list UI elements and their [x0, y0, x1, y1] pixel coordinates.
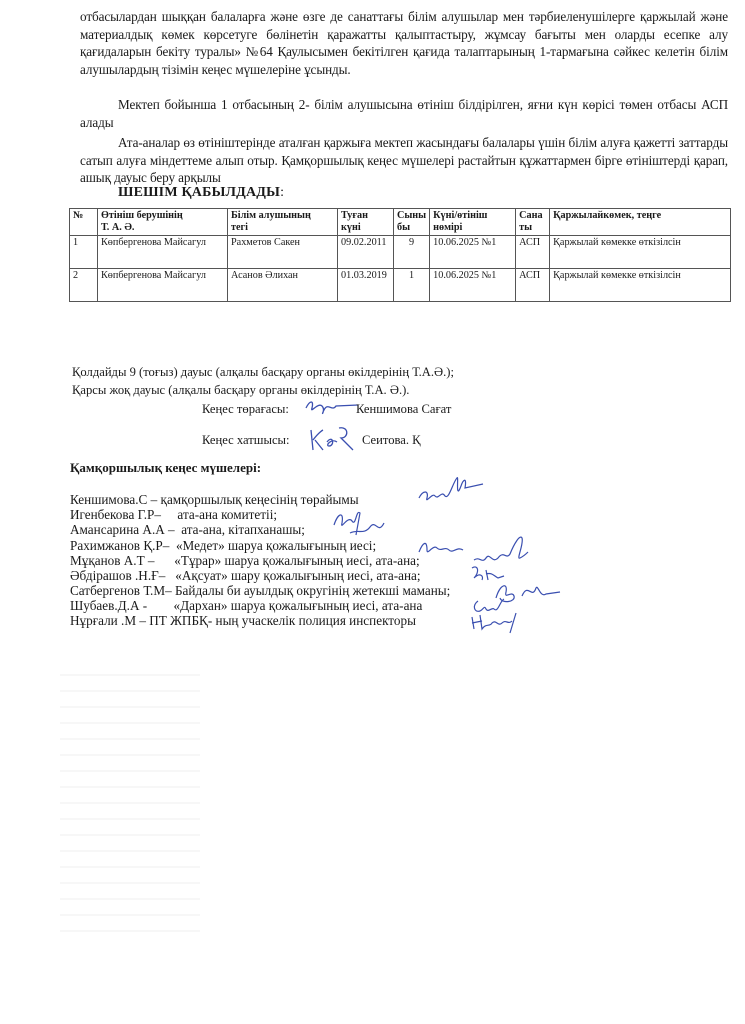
table-row: 1 Көпбергенова Майсагул Рахметов Сакен 0… [70, 236, 731, 269]
cell-category: АСП [516, 236, 550, 269]
header-number: № [70, 209, 98, 236]
member-item: Кеншимова.С – қамқоршылық кеңесінің төра… [70, 492, 359, 507]
cell-number: 1 [70, 236, 98, 269]
cell-applicant: Көпбергенова Майсагул [98, 236, 228, 269]
secretary-name: Сеитова. Қ [362, 433, 421, 448]
scan-bleed-through [60, 660, 200, 940]
decision-heading: ШЕШІМ ҚАБЫЛДАДЫ: [118, 185, 284, 201]
secretary-label: Кеңес хатшысы: [202, 433, 290, 448]
decision-heading-text: ШЕШІМ ҚАБЫЛДАДЫ [118, 185, 280, 200]
header-grade: Сыныбы [394, 209, 430, 236]
intro-paragraph: отбасылардан шыққан балаларға және өзге … [80, 8, 728, 78]
cell-student: Асанов Әлихан [228, 269, 338, 302]
chair-signature-icon [300, 396, 360, 422]
members-title: Қамқоршылық кеңес мүшелері: [70, 460, 261, 476]
member-item: Сатбергенов Т.М– Байдалы би ауылдық окру… [70, 583, 450, 598]
decision-table: № Өтініш берушініңТ. А. Ә. Білім алушыны… [69, 208, 731, 302]
school-paragraph: Мектеп бойынша 1 отбасының 2- білім алуш… [80, 96, 728, 131]
cell-application: 10.06.2025 №1 [430, 269, 516, 302]
header-aid: Қаржылайкөмек, теңге [550, 209, 731, 236]
member-item: Әбдірашов .Н.Ғ– «Ақсуат» шару қожалығыны… [70, 568, 421, 583]
cell-category: АСП [516, 269, 550, 302]
member-signature-icon [468, 609, 528, 635]
member-signature-icon [415, 472, 485, 508]
cell-aid: Қаржылай көмекке өткізілсін [550, 236, 731, 269]
parents-paragraph: Ата-аналар өз өтініштерінде аталған қарж… [80, 134, 728, 187]
header-category: Санаты [516, 209, 550, 236]
member-signature-icon [330, 505, 390, 539]
table-row: 2 Көпбергенова Майсагул Асанов Әлихан 01… [70, 269, 731, 302]
header-birth-date: Туған күні [338, 209, 394, 236]
cell-grade: 9 [394, 236, 430, 269]
cell-application: 10.06.2025 №1 [430, 236, 516, 269]
document-page: отбасылардан шыққан балаларға және өзге … [0, 0, 745, 1024]
member-item: Рахимжанов Қ.Р– «Медет» шаруа қожалығыны… [70, 538, 376, 553]
chair-label: Кеңес төрағасы: [202, 402, 289, 417]
member-item: Нұрғали .М – ПТ ЖПБҚ- ның учаскелік поли… [70, 613, 416, 628]
cell-aid: Қаржылай көмекке өткізілсін [550, 269, 731, 302]
chair-name: Кеншимова Сағат [356, 402, 451, 417]
member-item: Шубаев.Д.А - «Дархан» шаруа қожалығының … [70, 598, 422, 613]
member-item: Игенбекова Г.Р– ата-ана комитетіі; [70, 507, 277, 522]
cell-applicant: Көпбергенова Майсагул [98, 269, 228, 302]
decision-heading-colon: : [280, 185, 284, 200]
table-header-row: № Өтініш берушініңТ. А. Ә. Білім алушыны… [70, 209, 731, 236]
cell-birth-date: 09.02.2011 [338, 236, 394, 269]
header-applicant: Өтініш берушініңТ. А. Ә. [98, 209, 228, 236]
cell-number: 2 [70, 269, 98, 302]
member-signature-icon [415, 536, 475, 558]
header-application: Күні/өтінішнөмірі [430, 209, 516, 236]
header-student: Білім алушыныңтегі [228, 209, 338, 236]
votes-for: Қолдайды 9 (тоғыз) дауыс (алқалы басқару… [72, 364, 454, 380]
cell-student: Рахметов Сакен [228, 236, 338, 269]
member-item: Амансарина А.А – ата-ана, кітапханашы; [70, 522, 305, 537]
member-item: Мұқанов А.Т – «Тұрар» шаруа қожалығының … [70, 553, 420, 568]
secretary-signature-icon [305, 424, 361, 454]
cell-grade: 1 [394, 269, 430, 302]
cell-birth-date: 01.03.2019 [338, 269, 394, 302]
